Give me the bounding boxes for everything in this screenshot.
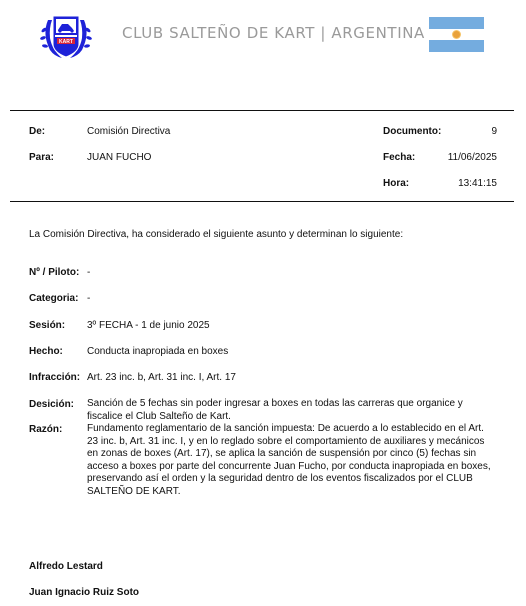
to-value: JUAN FUCHO <box>87 152 151 163</box>
date-label: Fecha: <box>383 152 415 163</box>
reason-label: Razón: <box>29 424 62 435</box>
document-value: 9 <box>440 126 497 137</box>
time-value: 13:41:15 <box>430 178 497 189</box>
from-value: Comisión Directiva <box>87 126 170 137</box>
pilot-value: - <box>87 267 90 278</box>
intro-text: La Comisión Directiva, ha considerado el… <box>29 229 403 240</box>
signature-2: Juan Ignacio Ruiz Soto <box>29 587 139 598</box>
reason-value: Fundamento reglamentario de la sanción i… <box>87 423 497 498</box>
infraction-value: Art. 23 inc. b, Art. 31 inc. I, Art. 17 <box>87 372 236 383</box>
sun-of-may-icon <box>453 31 460 38</box>
date-value: 11/06/2025 <box>430 152 497 163</box>
argentina-flag-icon <box>429 17 484 52</box>
session-value: 3º FECHA - 1 de junio 2025 <box>87 320 210 331</box>
fact-label: Hecho: <box>29 346 63 357</box>
time-label: Hora: <box>383 178 409 189</box>
signature-1: Alfredo Lestard <box>29 561 103 572</box>
svg-text:KART: KART <box>59 39 73 45</box>
from-label: De: <box>29 126 45 137</box>
pilot-label: Nº / Piloto: <box>29 267 79 278</box>
club-title: CLUB SALTEÑO DE KART | ARGENTINA <box>122 24 425 42</box>
category-label: Categoria: <box>29 293 78 304</box>
infraction-label: Infracción: <box>29 372 80 383</box>
fact-value: Conducta inapropiada en boxes <box>87 346 228 357</box>
decision-label: Desición: <box>29 399 74 410</box>
decision-value: Sanción de 5 fechas sin poder ingresar a… <box>87 398 497 423</box>
document-label: Documento: <box>383 126 441 137</box>
club-logo-icon: KART <box>38 10 94 62</box>
divider-top <box>10 110 514 111</box>
category-value: - <box>87 293 90 304</box>
session-label: Sesión: <box>29 320 65 331</box>
divider-bottom <box>10 201 514 202</box>
to-label: Para: <box>29 152 54 163</box>
